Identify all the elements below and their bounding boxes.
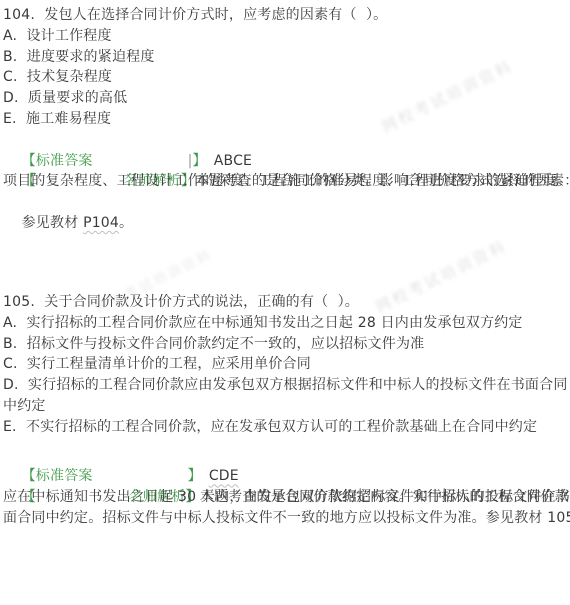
question-104-analysis-ref: 参见教材 P104。	[0, 192, 570, 213]
spacer	[93, 479, 188, 480]
question-104-option-b: B. 进度要求的紧迫程度	[0, 47, 570, 68]
question-104-stem: 104. 发包人在选择合同计价方式时，应考虑的因素有（ ）。	[0, 5, 570, 26]
question-104-analysis-line-2: 项目的复杂程度、工程设计工作的深度、工程施工的难易程度、工程进度要求的紧迫程度。	[0, 171, 570, 192]
answer-close-bracket: 】	[188, 468, 202, 484]
question-105-analysis-line-2: 应在中标通知书发出之日起 30 天内，由发承包双方依据招标文件和中标人的投标文件…	[0, 487, 570, 508]
answer-close-bracket: 】	[193, 153, 207, 169]
answer-value: ABCE	[214, 153, 252, 169]
question-104-option-c: C. 技术复杂程度	[0, 67, 570, 88]
question-104-option-a: A. 设计工作程度	[0, 26, 570, 47]
question-104-answer-line: 【标准答案|】ABCE	[0, 130, 570, 151]
question-105-analysis-line-3: 面合同中约定。招标文件与中标人投标文件不一致的地方应以投标文件为准。参见教材 1…	[0, 508, 570, 529]
question-105-option-d-wrap: 中约定	[0, 396, 570, 417]
standard-answer-label: 【标准答案	[22, 153, 93, 169]
question-104-option-e: E. 施工难易程度	[0, 109, 570, 130]
answer-value: CDE	[209, 468, 239, 484]
standard-answer-label: 【标准答案	[22, 468, 93, 484]
ref-text-end: 。	[119, 215, 133, 231]
question-105-option-d: D. 实行招标的工程合同价款应由发承包双方根据招标文件和中标人的投标文件在书面合…	[0, 375, 570, 396]
ref-text: 参见教材	[22, 215, 83, 231]
question-105-option-a: A. 实行招标的工程合同价款应在中标通知书发出之日起 28 日内由发承包双方约定	[0, 313, 570, 334]
question-105-stem: 105. 关于合同价款及计价方式的说法，正确的有（ ）。	[0, 292, 570, 313]
ref-page-code: P104	[83, 215, 119, 231]
question-105: 105. 关于合同价款及计价方式的说法，正确的有（ ）。 A. 实行招标的工程合…	[0, 292, 570, 529]
spacer	[93, 164, 188, 165]
question-104: 104. 发包人在选择合同计价方式时，应考虑的因素有（ ）。 A. 设计工作程度…	[0, 5, 570, 213]
question-105-option-b: B. 招标文件与投标文件合同价款约定不一致的，应以招标文件为准	[0, 334, 570, 355]
question-105-option-c: C. 实行工程量清单计价的工程，应采用单价合同	[0, 354, 570, 375]
question-105-answer-line: 【标准答案】CDE	[0, 446, 570, 467]
question-104-option-d: D. 质量要求的高低	[0, 88, 570, 109]
question-105-option-e: E. 不实行招标的工程合同价款，应在发承包双方认可的工程价款基础上在合同中约定	[0, 417, 570, 438]
